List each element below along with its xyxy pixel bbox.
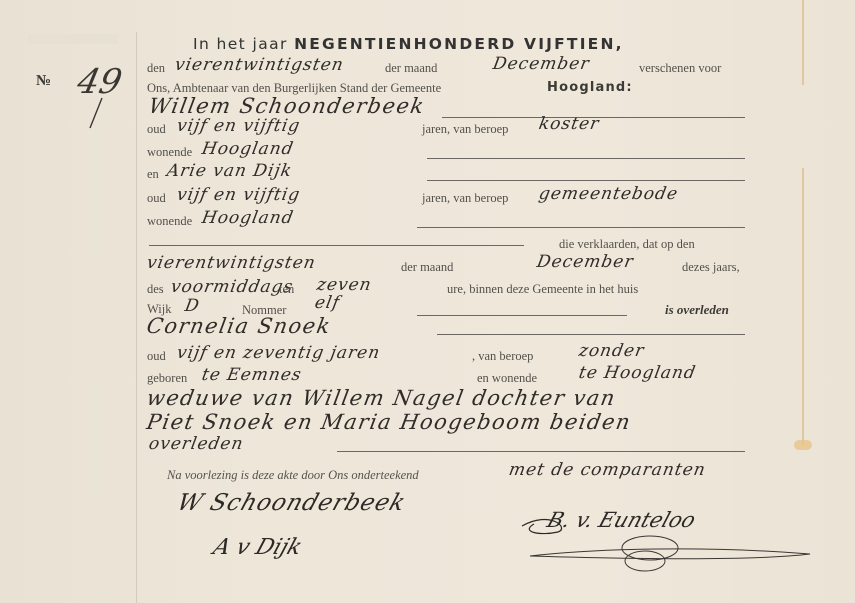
verschenen-label: verschenen voor (639, 61, 721, 76)
margin-rule (136, 32, 137, 603)
jaren-beroep-label: jaren, van beroep (422, 122, 508, 137)
deceased-age-row: oud vijf en zeventig jaren , van beroep … (147, 343, 767, 365)
deceased-birth-row: geboren te Eemnes en wonende te Hoogland (147, 366, 767, 388)
declarant-2-residence: Hoogland (200, 208, 295, 228)
den-label: den (147, 61, 165, 76)
declarant-1-residence: Hoogland (200, 139, 295, 159)
header-year: NEGENTIENHONDERD VIJFTIEN, (294, 35, 624, 53)
jaren-beroep-label: jaren, van beroep (422, 191, 508, 206)
en-label: en (147, 167, 159, 182)
remarks-row-3: overleden (147, 434, 767, 456)
oud-label: oud (147, 349, 166, 364)
der-maand-label: der maand (385, 61, 437, 76)
record-number-label: № (36, 73, 51, 90)
signature-declarant-1: W Schoonderbeek (174, 490, 410, 516)
wonende-label: wonende (147, 145, 192, 160)
fill-line (437, 334, 745, 335)
oud-label: oud (147, 191, 166, 206)
wonende-label: en wonende (477, 371, 537, 386)
death-hour: zeven (315, 275, 373, 295)
deceased-name-row: Cornelia Snoek (147, 317, 767, 339)
time-of-day: voormiddags (169, 277, 295, 297)
des-label: des (147, 282, 164, 297)
fill-line (417, 227, 745, 228)
deceased-residence: te Hoogland (577, 363, 697, 383)
stain-spot (794, 440, 812, 450)
declarant-1-occupation: koster (537, 114, 601, 134)
declarant-2-age: vijf en vijftig (175, 185, 302, 205)
wijk-value: D (183, 296, 201, 316)
header-prefix: In het jaar (193, 35, 288, 53)
death-month: December (535, 252, 635, 272)
beroep-label: , van beroep (472, 349, 533, 364)
signature-flourish (510, 506, 820, 586)
fill-line (417, 315, 627, 316)
declarant-2-occupation: gemeentebode (537, 184, 680, 204)
declarant-2-name-row: en Arie van Dijk (147, 162, 767, 184)
deceased-age: vijf en zeventig jaren (175, 343, 382, 363)
remarks-line-1: weduwe van Willem Nagel dochter van (145, 386, 618, 410)
declarant-1-residence-row: wonende Hoogland (147, 140, 767, 162)
registration-date-row: den vierentwintigsten der maand December… (147, 57, 767, 79)
document-header: In het jaar NEGENTIENHONDERD VIJFTIEN, (193, 35, 624, 53)
deceased-occupation: zonder (577, 341, 646, 361)
nommer-value: elf (313, 293, 341, 313)
number-stroke (86, 96, 106, 130)
death-certificate-page: № 49 In het jaar NEGENTIENHONDERD VIJFTI… (0, 0, 855, 603)
remarks-row-1: weduwe van Willem Nagel dochter van (147, 388, 767, 410)
signature-declarant-2: A v Dijk (210, 535, 305, 560)
death-date-row: vierentwintigsten der maand December dez… (147, 255, 767, 277)
registration-day: vierentwintigsten (173, 55, 345, 75)
declarant-2-age-row: oud vijf en vijftig jaren, van beroep ge… (147, 186, 767, 208)
page-fold-stain (802, 0, 804, 85)
declarant-1-name-row: Willem Schoonderbeek (147, 94, 767, 116)
fill-line (427, 180, 745, 181)
deceased-name: Cornelia Snoek (145, 314, 333, 338)
municipality: Hoogland: (547, 80, 633, 95)
signed-with: met de comparanten (507, 460, 707, 480)
declarant-1-age-row: oud vijf en vijftig jaren, van beroep ko… (147, 117, 767, 139)
death-day: vierentwintigsten (145, 253, 317, 273)
birthplace: te Eemnes (200, 365, 303, 385)
wonende-label: wonende (147, 214, 192, 229)
remarks-row-2: Piet Snoek en Maria Hoogeboom beiden (147, 412, 767, 434)
der-maand-label: der maand (401, 260, 453, 275)
death-time-row: des voormiddags ten zeven ure, binnen de… (147, 277, 767, 299)
voorlezing-label: Na voorlezing is deze akte door Ons onde… (167, 468, 419, 483)
dezes-jaars-label: dezes jaars, (682, 260, 740, 275)
declarant-1-age: vijf en vijftig (175, 116, 302, 136)
faded-margin-text (28, 34, 118, 44)
geboren-label: geboren (147, 371, 187, 386)
oud-label: oud (147, 122, 166, 137)
verklaarden-label: die verklaarden, dat op den (559, 237, 695, 252)
declarant-2-name: Arie van Dijk (165, 161, 294, 181)
closing-row: Na voorlezing is deze akte door Ons onde… (147, 463, 787, 485)
registration-month: December (491, 54, 591, 74)
overleden-label: is overleden (665, 302, 729, 318)
fill-line (149, 245, 524, 246)
ten-label: ten (279, 282, 294, 297)
remarks-line-2: Piet Snoek en Maria Hoogeboom beiden (145, 410, 633, 434)
page-fold-stain (802, 168, 804, 446)
remarks-line-3: overleden (147, 434, 245, 454)
fill-line (427, 158, 745, 159)
ure-label: ure, binnen deze Gemeente in het huis (447, 282, 638, 297)
fill-line (337, 451, 745, 452)
declarant-1-name: Willem Schoonderbeek (147, 94, 427, 118)
declarant-2-residence-row: wonende Hoogland (147, 209, 767, 231)
